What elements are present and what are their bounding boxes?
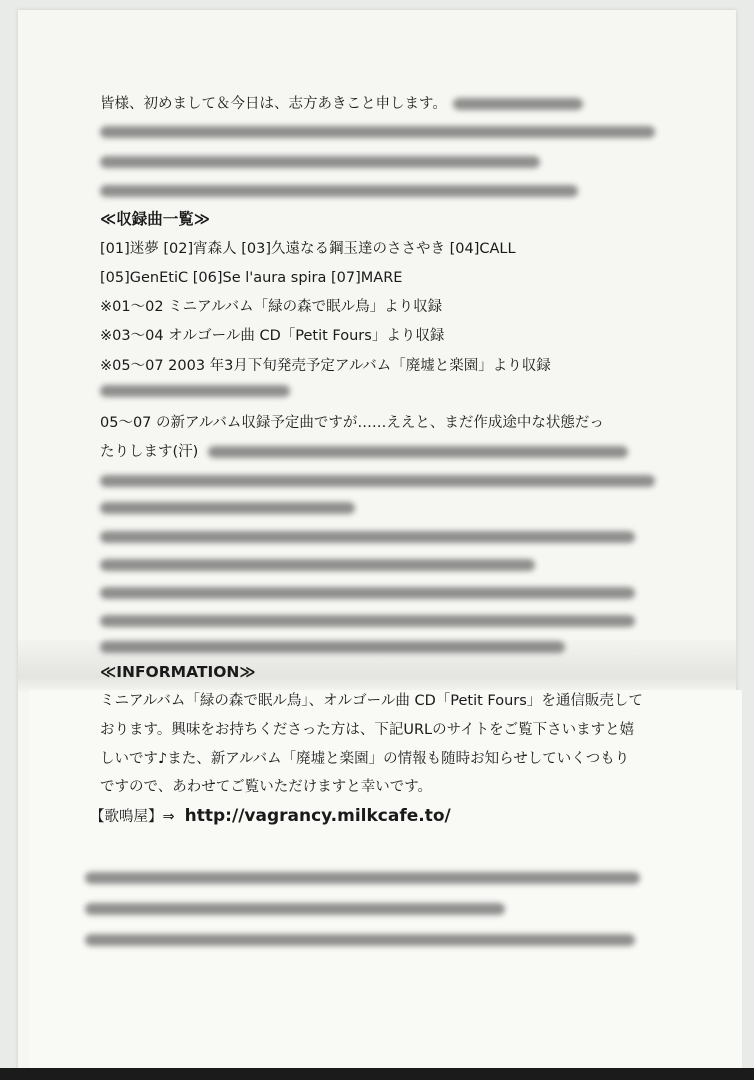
redacted-text <box>208 446 628 458</box>
intro-line: 皆様、初めまして＆今日は、志方あきこと申します。 <box>100 93 583 115</box>
redacted-text <box>85 872 640 884</box>
redacted-text <box>100 559 535 571</box>
redacted-line <box>100 636 565 658</box>
redacted-text <box>85 934 635 946</box>
redacted-text <box>100 185 578 197</box>
redacted-line <box>85 867 640 889</box>
tracks-line-1: [01]迷夢 [02]宵森人 [03]久遠なる鋼玉達のささやき [04]CALL <box>100 238 516 260</box>
paragraph-text: たりします(汗) <box>100 444 198 460</box>
redacted-text <box>453 98 583 110</box>
redacted-line <box>85 898 505 920</box>
redacted-line <box>100 121 655 143</box>
tracks-line-2: [05]GenEtiC [06]Se l'aura spira [07]MARE <box>100 267 402 289</box>
note-line: ※03～04 オルゴール曲 CD「Petit Fours」より収録 <box>100 325 444 347</box>
website-link[interactable]: http://vagrancy.milkcafe.to/ <box>185 806 451 826</box>
redacted-line <box>100 526 635 548</box>
redacted-text <box>100 531 635 543</box>
redacted-line <box>100 610 635 632</box>
redacted-line <box>100 497 355 519</box>
redacted-text <box>100 126 655 138</box>
redacted-text <box>100 615 635 627</box>
paragraph-line-2: たりします(汗) <box>100 441 628 463</box>
tracklist-heading: ≪収録曲一覧≫ <box>100 208 210 230</box>
note-line: ※01～02 ミニアルバム「緑の森で眠ル鳥」より収録 <box>100 296 442 318</box>
redacted-text <box>100 475 655 487</box>
redacted-text <box>100 641 565 653</box>
info-line: しいです♪また、新アルバム「廃墟と楽園」の情報も随時お知らせしていくつもり <box>100 748 629 770</box>
intro-text: 皆様、初めまして＆今日は、志方あきこと申します。 <box>100 96 447 112</box>
redacted-line <box>85 929 635 951</box>
redacted-text <box>85 903 505 915</box>
link-label: 【歌鳴屋】⇒ <box>90 809 175 825</box>
redacted-text <box>100 385 290 397</box>
information-heading: ≪INFORMATION≫ <box>100 661 256 683</box>
redacted-text <box>100 587 635 599</box>
info-line: ミニアルバム「緑の森で眠ル鳥」、オルゴール曲 CD「Petit Fours」を通… <box>100 690 643 712</box>
redacted-line <box>100 470 655 492</box>
note-line: ※05～07 2003 年3月下旬発売予定アルバム「廃墟と楽園」より収録 <box>100 355 551 377</box>
redacted-line <box>100 180 578 202</box>
redacted-line <box>100 582 635 604</box>
info-line: おります。興味をお持ちくださった方は、下記URLのサイトをご覧下さいますと嬉 <box>100 719 634 741</box>
link-line: 【歌鳴屋】⇒http://vagrancy.milkcafe.to/ <box>90 805 451 828</box>
redacted-line <box>100 151 540 173</box>
info-line: ですので、あわせてご覧いただけますと幸いです。 <box>100 776 432 798</box>
table-edge <box>0 1068 754 1080</box>
redacted-line <box>100 380 290 402</box>
redacted-text <box>100 156 540 168</box>
paragraph-line-1: 05～07 の新アルバム収録予定曲ですが……ええと、まだ作成途中な状態だっ <box>100 412 604 434</box>
redacted-line <box>100 554 535 576</box>
redacted-text <box>100 502 355 514</box>
